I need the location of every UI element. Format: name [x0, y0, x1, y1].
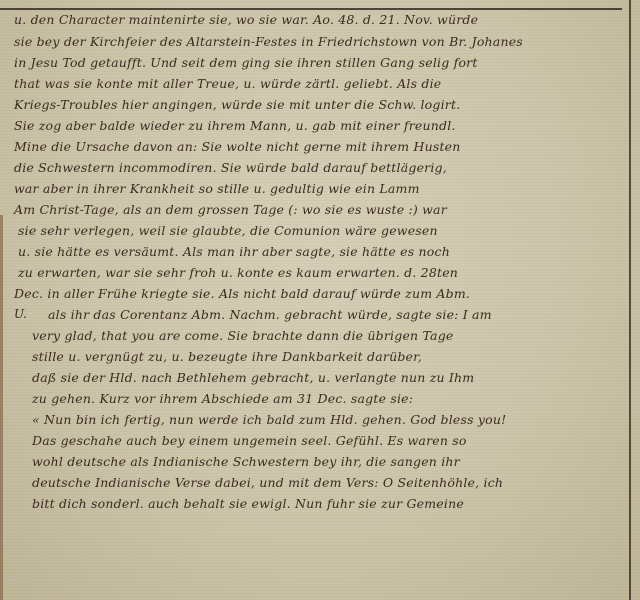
manuscript-line: zu erwarten, war sie sehr froh u. konte … — [18, 265, 458, 280]
manuscript-line: zu gehen. Kurz vor ihrem Abschiede am 31… — [32, 391, 413, 406]
manuscript-line: « Nun bin ich fertig, nun werde ich bald… — [32, 412, 506, 427]
right-margin-line — [629, 0, 631, 600]
manuscript-line: Sie zog aber balde wieder zu ihrem Mann,… — [14, 118, 456, 133]
manuscript-line: Mine die Ursache davon an: Sie wolte nic… — [14, 139, 461, 154]
manuscript-line: that was sie konte mit aller Treue, u. w… — [14, 76, 441, 91]
manuscript-line: very glad, that you are come. Sie bracht… — [32, 328, 454, 343]
manuscript-page: u. den Character maintenirte sie, wo sie… — [0, 0, 640, 600]
manuscript-line: die Schwestern incommodiren. Sie würde b… — [14, 160, 447, 175]
manuscript-line: u. sie hätte es versäumt. Als man ihr ab… — [18, 244, 450, 259]
manuscript-line: bitt dich sonderl. auch behalt sie ewigl… — [32, 496, 464, 511]
top-ruled-line — [0, 8, 622, 10]
manuscript-line: in Jesu Tod getaufft. Und seit dem ging … — [14, 55, 478, 70]
manuscript-line: stille u. vergnügt zu, u. bezeugte ihre … — [32, 349, 422, 364]
manuscript-line: war aber in ihrer Krankheit so stille u.… — [14, 181, 420, 196]
manuscript-line: sie bey der Kirchfeier des Altarstein-Fe… — [14, 34, 523, 49]
manuscript-line: Dec. in aller Frühe kriegte sie. Als nic… — [14, 286, 470, 301]
manuscript-line: Am Christ-Tage, als an dem grossen Tage … — [14, 202, 447, 217]
page-edge-shadow — [0, 215, 3, 600]
manuscript-line: u. den Character maintenirte sie, wo sie… — [14, 12, 478, 27]
manuscript-line: als ihr das Corentanz Abm. Nachm. gebrac… — [48, 307, 492, 322]
manuscript-line: daß sie der Hld. nach Bethlehem gebracht… — [32, 370, 474, 385]
manuscript-line: sie sehr verlegen, weil sie glaubte, die… — [18, 223, 438, 238]
manuscript-line: deutsche Indianische Verse dabei, und mi… — [32, 475, 503, 490]
manuscript-line: Das geschahe auch bey einem ungemein see… — [32, 433, 467, 448]
margin-note: U. — [14, 307, 27, 321]
manuscript-line: Kriegs-Troubles hier angingen, würde sie… — [14, 97, 460, 112]
